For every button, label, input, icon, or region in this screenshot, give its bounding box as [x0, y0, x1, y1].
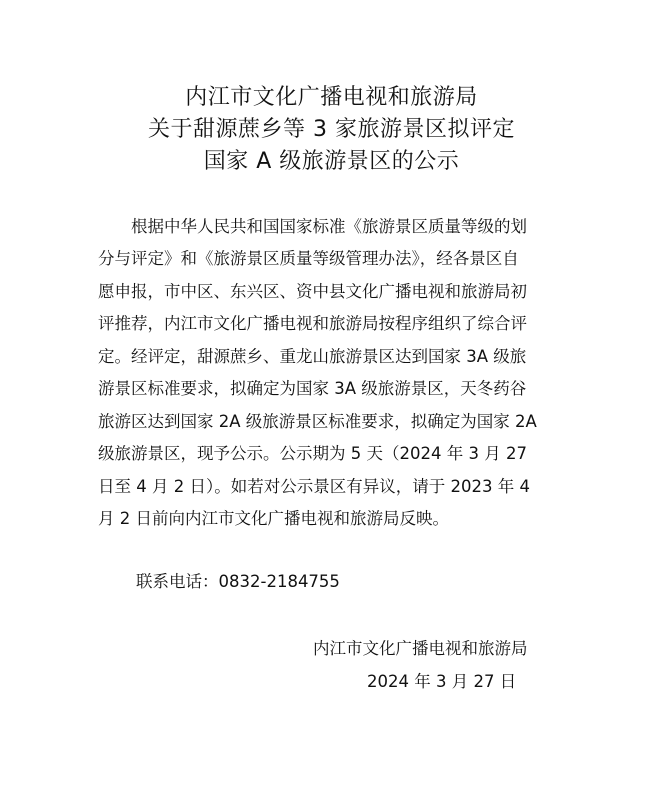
title-line-3: 国家 A 级旅游景区的公示: [0, 146, 663, 178]
body-line: 游景区标准要求，拟确定为国家 3A 级旅游景区，天冬药谷: [98, 378, 573, 400]
body-line: 评推荐，内江市文化广播电视和旅游局按程序组织了综合评: [98, 313, 573, 335]
body-line: 根据中华人民共和国国家标准《旅游景区质量等级的划: [98, 216, 573, 238]
body-line: 级旅游景区，现予公示。公示期为 5 天（2024 年 3 月 27: [98, 443, 573, 465]
body-line: 定。经评定，甜源蔗乡、重龙山旅游景区达到国家 3A 级旅: [98, 346, 573, 368]
body-line: 愿申报，市中区、东兴区、资中县文化广播电视和旅游局初: [98, 281, 573, 303]
signature-date: 2024 年 3 月 27 日: [367, 671, 516, 693]
body-line: 日至 4 月 2 日）。如若对公示景区有异议，请于 2023 年 4: [98, 476, 573, 498]
body-line: 月 2 日前向内江市文化广播电视和旅游局反映。: [98, 508, 573, 530]
contact-phone: 联系电话：0832-2184755: [136, 571, 340, 593]
signature-organization: 内江市文化广播电视和旅游局: [313, 638, 528, 660]
body-line: 旅游区达到国家 2A 级旅游景区标准要求，拟确定为国家 2A: [98, 411, 573, 433]
title-line-1: 内江市文化广播电视和旅游局: [0, 82, 663, 114]
title-line-2: 关于甜源蔗乡等 3 家旅游景区拟评定: [0, 114, 663, 146]
body-line: 分与评定》和《旅游景区质量等级管理办法》，经各景区自: [98, 248, 573, 270]
